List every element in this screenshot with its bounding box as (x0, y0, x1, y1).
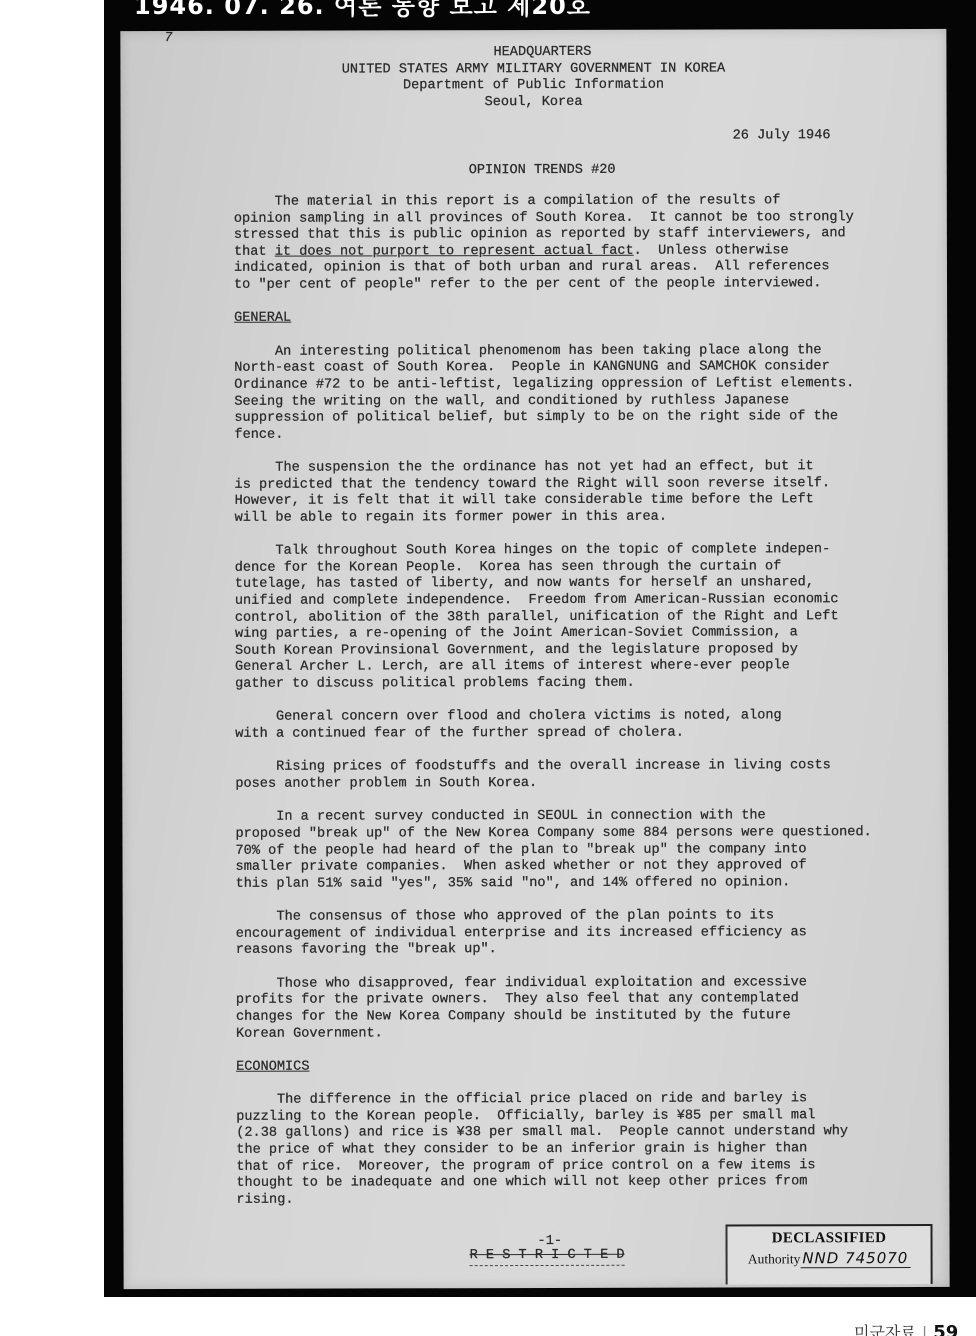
stamp-authority-label: Authority (748, 1251, 801, 1266)
book-page-number: 59 (933, 1322, 958, 1336)
paragraph: An interesting political phenomenom has … (234, 343, 934, 444)
paragraph: General concern over flood and cholera v… (235, 708, 935, 743)
intro-line: to "per cent of people" refer to the per… (234, 276, 821, 293)
footer-separator: | (922, 1323, 927, 1336)
paragraph: The suspension the the ordinance has not… (234, 459, 934, 527)
section-heading-general: GENERAL (234, 309, 934, 327)
book-footer: 미군자료|59 (854, 1320, 958, 1336)
intro-line: that (234, 244, 275, 259)
stamp-authority: AuthorityNND 745070 (728, 1249, 931, 1268)
paragraph: Those who disapproved, fear individual e… (236, 975, 936, 1043)
underlined-disclaimer: it does not purport to represent actual … (275, 244, 634, 260)
book-header-title: 1946. 07. 26. 여론 동향 보고 제20호 (134, 0, 591, 21)
intro-line: . Unless otherwise (634, 243, 789, 258)
paragraph: In a recent survey conducted in SEOUL in… (235, 808, 935, 893)
paragraph: Talk throughout South Korea hinges on th… (235, 542, 935, 693)
stamp-authority-value: NND 745070 (800, 1249, 910, 1268)
intro-paragraph: The material in this report is a compila… (234, 193, 934, 294)
intro-line: indicated, opinion is that of both urban… (234, 260, 830, 277)
document-page: 7 HEADQUARTERS UNITED STATES ARMY MILITA… (120, 29, 949, 1289)
declassified-stamp: DECLASSIFIED AuthorityNND 745070 (725, 1224, 932, 1285)
paragraph: Rising prices of foodstuffs and the over… (235, 758, 935, 793)
paragraph: The consensus of those who approved of t… (236, 908, 936, 960)
document-body: The material in this report is a compila… (234, 193, 937, 1226)
document-date: 26 July 1946 (733, 128, 831, 145)
intro-line: opinion sampling in all provinces of Sou… (234, 210, 854, 227)
section-heading-economics: ECONOMICS (236, 1058, 936, 1076)
letterhead-line: Seoul, Korea (121, 94, 947, 113)
paragraph: The difference in the official price pla… (236, 1091, 936, 1209)
document-title: OPINION TRENDS #20 (469, 163, 616, 180)
stamp-title: DECLASSIFIED (727, 1230, 930, 1248)
letterhead: HEADQUARTERS UNITED STATES ARMY MILITARY… (120, 44, 946, 113)
intro-line: stressed that this is public opinion as … (234, 226, 846, 243)
intro-line: The material in this report is a compila… (234, 193, 781, 209)
classification-marking: R E S T R I C T E D (470, 1248, 625, 1266)
book-footer-label: 미군자료 (854, 1323, 916, 1336)
